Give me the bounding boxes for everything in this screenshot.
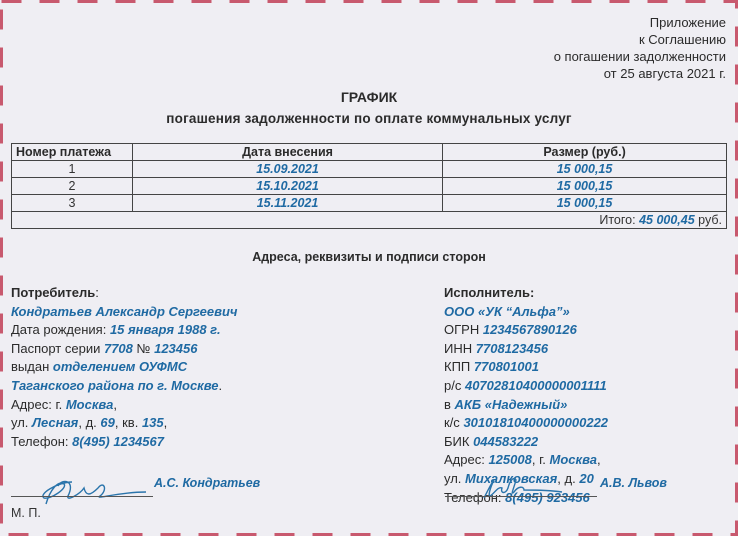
label: к/с bbox=[444, 415, 460, 430]
label: ул. bbox=[11, 415, 28, 430]
payment-date: 15.09.2021 bbox=[133, 161, 443, 178]
consumer-signature-name: А.С. Кондратьев bbox=[154, 476, 260, 490]
label: кв. bbox=[122, 415, 138, 430]
header-payment-date: Дата внесения bbox=[133, 144, 443, 161]
appendix-line: Приложение bbox=[554, 14, 726, 31]
payment-number: 2 bbox=[12, 178, 133, 195]
passport-number: 123456 bbox=[154, 341, 197, 356]
label: Адрес: bbox=[444, 452, 485, 467]
appendix-line: к Соглашению bbox=[554, 31, 726, 48]
label: г. bbox=[539, 452, 546, 467]
table-row: 1 15.09.2021 15 000,15 bbox=[12, 161, 727, 178]
label: КПП bbox=[444, 359, 470, 374]
payment-amount: 15 000,15 bbox=[443, 161, 727, 178]
colon: : bbox=[95, 285, 99, 300]
payment-number: 3 bbox=[12, 195, 133, 212]
consumer-details: Потребитель: Кондратьев Александр Сергее… bbox=[11, 284, 238, 451]
contractor-ogrn: 1234567890126 bbox=[483, 322, 577, 337]
label: Телефон: bbox=[11, 434, 69, 449]
contractor-bik: 044583222 bbox=[473, 434, 538, 449]
contractor-zip: 125008 bbox=[488, 452, 531, 467]
label: р/с bbox=[444, 378, 461, 393]
label: Дата рождения: bbox=[11, 322, 106, 337]
label: Паспорт серии bbox=[11, 341, 100, 356]
contractor-signature-name: А.В. Львов bbox=[600, 476, 667, 490]
contractor-signature-line bbox=[445, 496, 597, 497]
total-unit: руб. bbox=[698, 213, 722, 227]
appendix-line: о погашении задолженности bbox=[554, 48, 726, 65]
consumer-birthdate: 15 января 1988 г. bbox=[110, 322, 221, 337]
header-payment-amount: Размер (руб.) bbox=[443, 144, 727, 161]
payment-date: 15.11.2021 bbox=[133, 195, 443, 212]
consumer-heading: Потребитель bbox=[11, 285, 95, 300]
header-payment-number: Номер платежа bbox=[12, 144, 133, 161]
label: ул. bbox=[444, 471, 461, 486]
contractor-corr-account: 30101810400000000222 bbox=[463, 415, 608, 430]
contractor-city: Москва bbox=[549, 452, 597, 467]
document-title: ГРАФИК bbox=[0, 89, 738, 105]
contractor-inn: 7708123456 bbox=[476, 341, 548, 356]
label: ОГРН bbox=[444, 322, 479, 337]
section-heading: Адреса, реквизиты и подписи сторон bbox=[0, 250, 738, 264]
label: № bbox=[137, 341, 151, 356]
label: БИК bbox=[444, 434, 469, 449]
table-header-row: Номер платежа Дата внесения Размер (руб.… bbox=[12, 144, 727, 161]
consumer-signature-line bbox=[11, 496, 153, 497]
consumer-city: Москва bbox=[66, 397, 114, 412]
contractor-account: 40702810400000001111 bbox=[465, 378, 607, 393]
table-row: 2 15.10.2021 15 000,15 bbox=[12, 178, 727, 195]
consumer-signature-icon bbox=[28, 474, 148, 508]
payment-date: 15.10.2021 bbox=[133, 178, 443, 195]
total-cell: Итого: 45 000,45 руб. bbox=[12, 212, 727, 229]
consumer-phone: 8(495) 1234567 bbox=[72, 434, 164, 449]
contractor-name: ООО «УК “Альфа”» bbox=[444, 303, 608, 322]
consumer-street: Лесная bbox=[32, 415, 78, 430]
payment-amount: 15 000,15 bbox=[443, 178, 727, 195]
payment-schedule-table: Номер платежа Дата внесения Размер (руб.… bbox=[11, 143, 727, 229]
label: ИНН bbox=[444, 341, 472, 356]
payment-number: 1 bbox=[12, 161, 133, 178]
contractor-house: 20 bbox=[579, 471, 593, 486]
label: Адрес: г. bbox=[11, 397, 62, 412]
appendix-date: от 25 августа 2021 г. bbox=[554, 65, 726, 82]
consumer-house: 69 bbox=[100, 415, 114, 430]
contractor-bank: АКБ «Надежный» bbox=[455, 397, 568, 412]
table-total-row: Итого: 45 000,45 руб. bbox=[12, 212, 727, 229]
consumer-apartment: 135 bbox=[142, 415, 164, 430]
passport-series: 7708 bbox=[104, 341, 133, 356]
period: . bbox=[219, 378, 223, 393]
label: в bbox=[444, 397, 451, 412]
table-row: 3 15.11.2021 15 000,15 bbox=[12, 195, 727, 212]
contractor-kpp: 770801001 bbox=[474, 359, 539, 374]
stamp-place-label: М. П. bbox=[11, 506, 41, 520]
passport-issuer-cont: Таганского района по г. Москве bbox=[11, 378, 219, 393]
payment-amount: 15 000,15 bbox=[443, 195, 727, 212]
total-value: 45 000,45 bbox=[639, 213, 695, 227]
passport-issuer: отделением ОУФМС bbox=[53, 359, 187, 374]
label: выдан bbox=[11, 359, 49, 374]
label: д. bbox=[86, 415, 97, 430]
contractor-heading: Исполнитель: bbox=[444, 284, 608, 303]
document-subtitle: погашения задолженности по оплате коммун… bbox=[0, 111, 738, 126]
appendix-note: Приложение к Соглашению о погашении задо… bbox=[554, 14, 726, 82]
consumer-name: Кондратьев Александр Сергеевич bbox=[11, 303, 238, 322]
total-label: Итого: bbox=[599, 213, 635, 227]
